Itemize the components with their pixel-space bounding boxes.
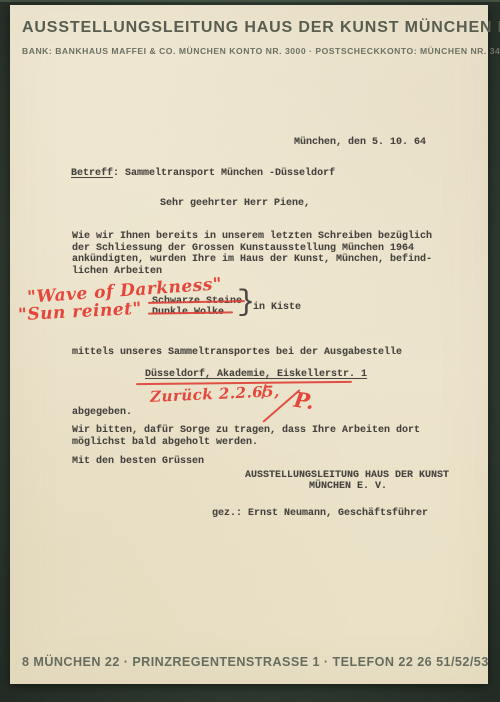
pickup-address-line: Düsseldorf, Akademie, Eiskellerstr. 1 xyxy=(145,369,367,381)
letterhead-organization: AUSSTELLUNGSLEITUNG HAUS DER KUNST MÜNCH… xyxy=(22,19,500,37)
closing-line: Mit den besten Grüssen xyxy=(72,456,204,468)
subject-text: Sammeltransport München -Düsseldorf xyxy=(125,168,335,179)
letterhead-footer-address: 8 MÜNCHEN 22 · PRINZREGENTENSTRASSE 1 · … xyxy=(22,655,489,669)
subject-line: Betreff: Sammeltransport München -Düssel… xyxy=(71,168,335,180)
signed-by-line: gez.: Ernst Neumann, Geschäftsführer xyxy=(212,508,428,520)
signature-org-line1: AUSSTELLUNGSLEITUNG HAUS DER KUNST xyxy=(245,470,449,482)
paragraph-3: Wir bitten, dafür Sorge zu tragen, dass … xyxy=(72,425,420,448)
salutation: Sehr geehrter Herr Piene, xyxy=(160,198,310,210)
scanner-edge-strip xyxy=(0,0,500,2)
scanned-letter: AUSSTELLUNGSLEITUNG HAUS DER KUNST MÜNCH… xyxy=(0,0,500,702)
letter-paper: AUSSTELLUNGSLEITUNG HAUS DER KUNST MÜNCH… xyxy=(10,5,488,684)
subject-label: Betreff xyxy=(71,168,113,179)
handover-word: abgegeben. xyxy=(72,407,132,419)
signature-org-line2: MÜNCHEN E. V. xyxy=(309,481,387,493)
subject-colon: : xyxy=(113,168,125,179)
paragraph-2: mittels unseres Sammeltransportes bei de… xyxy=(72,347,402,359)
dateline: München, den 5. 10. 64 xyxy=(294,137,426,149)
crate-note: in Kiste xyxy=(253,302,301,314)
handwritten-return-note: Zurück 2.2.65, xyxy=(150,382,280,406)
paragraph-1: Wie wir Ihnen bereits in unserem letzten… xyxy=(72,231,432,277)
letterhead-bank-info: BANK: BANKHAUS MAFFEI & CO. MÜNCHEN KONT… xyxy=(22,46,500,56)
